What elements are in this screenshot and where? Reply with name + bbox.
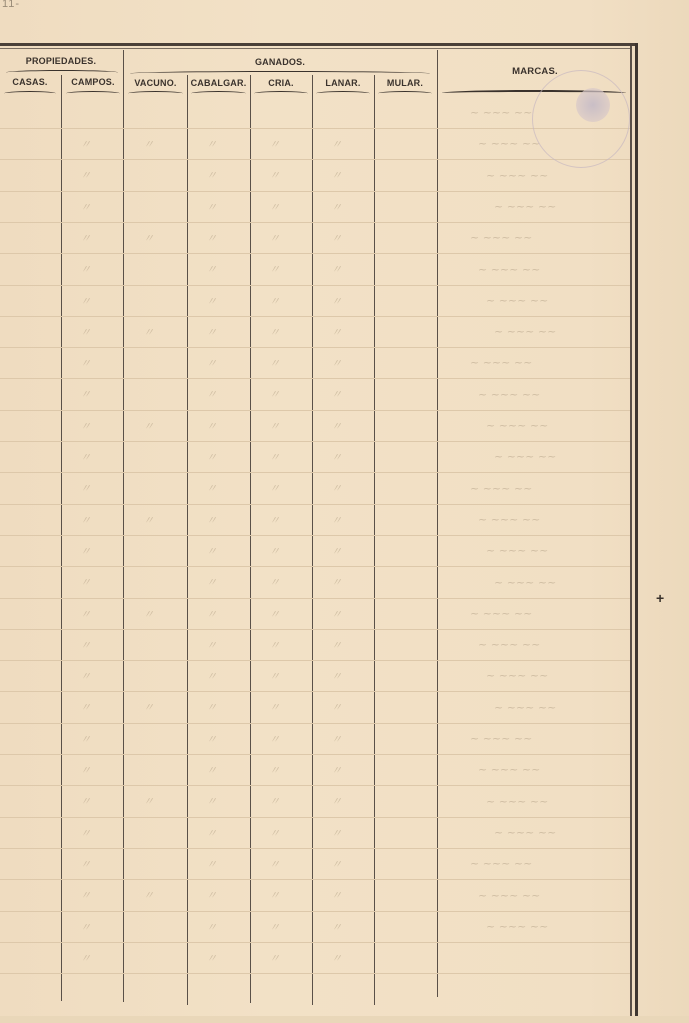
handwritten-mark: 〃 bbox=[206, 230, 217, 246]
handwritten-mark: 〃 bbox=[269, 574, 280, 590]
handwritten-mark: 〃 bbox=[331, 136, 342, 152]
handwritten-mark: ~ ~~~ ~~ bbox=[486, 169, 606, 182]
handwritten-mark: ~ ~~~ ~~ bbox=[486, 294, 606, 307]
handwritten-mark: 〃 bbox=[143, 793, 154, 809]
handwritten-mark: 〃 bbox=[143, 324, 154, 340]
row-ruling bbox=[0, 879, 630, 880]
handwritten-mark: 〃 bbox=[80, 825, 91, 841]
handwritten-mark: 〃 bbox=[331, 418, 342, 434]
ink-stamp bbox=[532, 70, 630, 168]
handwritten-mark: 〃 bbox=[80, 668, 91, 684]
corner-mark: 11- bbox=[2, 0, 20, 10]
handwritten-mark: ~ ~~~ ~~ bbox=[494, 325, 614, 338]
handwritten-mark: 〃 bbox=[331, 355, 342, 371]
row-ruling bbox=[0, 754, 630, 755]
handwritten-mark: ~ ~~~ ~~ bbox=[470, 356, 590, 369]
row-ruling bbox=[0, 378, 630, 379]
col-wave bbox=[66, 91, 120, 96]
handwritten-mark: ~ ~~~ ~~ bbox=[486, 419, 606, 432]
handwritten-mark: ~ ~~~ ~~ bbox=[470, 482, 590, 495]
row-ruling bbox=[0, 817, 630, 818]
handwritten-mark: 〃 bbox=[331, 668, 342, 684]
handwritten-mark: 〃 bbox=[206, 856, 217, 872]
handwritten-mark: 〃 bbox=[80, 261, 91, 277]
col-header-campos: CAMPOS. bbox=[62, 77, 124, 87]
handwritten-mark: 〃 bbox=[269, 199, 280, 215]
header-ganados: GANADOS. bbox=[124, 57, 436, 67]
col-wave bbox=[378, 91, 432, 96]
handwritten-mark: 〃 bbox=[331, 887, 342, 903]
handwritten-mark: 〃 bbox=[269, 887, 280, 903]
handwritten-mark: 〃 bbox=[206, 543, 217, 559]
row-ruling bbox=[0, 566, 630, 567]
handwritten-mark: ~ ~~~ ~~ bbox=[478, 763, 598, 776]
handwritten-mark: 〃 bbox=[80, 606, 91, 622]
top-border-rule bbox=[0, 43, 636, 46]
handwritten-mark: ~ ~~~ ~~ bbox=[478, 889, 598, 902]
handwritten-mark: 〃 bbox=[143, 418, 154, 434]
row-ruling bbox=[0, 848, 630, 849]
handwritten-mark: 〃 bbox=[206, 919, 217, 935]
handwritten-mark: 〃 bbox=[143, 230, 154, 246]
handwritten-mark: 〃 bbox=[206, 637, 217, 653]
column-divider bbox=[312, 75, 313, 1005]
handwritten-mark: ~ ~~~ ~~ bbox=[494, 701, 614, 714]
handwritten-mark: ~ ~~~ ~~ bbox=[494, 576, 614, 589]
handwritten-mark: 〃 bbox=[331, 606, 342, 622]
handwritten-mark: 〃 bbox=[80, 293, 91, 309]
row-ruling bbox=[0, 660, 630, 661]
handwritten-mark: 〃 bbox=[80, 167, 91, 183]
handwritten-mark: 〃 bbox=[269, 731, 280, 747]
handwritten-mark: 〃 bbox=[331, 543, 342, 559]
handwritten-mark: 〃 bbox=[206, 762, 217, 778]
stamp-emblem bbox=[576, 88, 610, 122]
col-wave bbox=[254, 91, 308, 96]
handwritten-mark: 〃 bbox=[206, 167, 217, 183]
handwritten-mark: 〃 bbox=[269, 386, 280, 402]
handwritten-mark: 〃 bbox=[80, 950, 91, 966]
handwritten-mark: 〃 bbox=[206, 512, 217, 528]
handwritten-mark: 〃 bbox=[206, 136, 217, 152]
handwritten-mark: 〃 bbox=[80, 699, 91, 715]
handwritten-mark: 〃 bbox=[80, 324, 91, 340]
handwritten-mark: 〃 bbox=[269, 606, 280, 622]
handwritten-mark: 〃 bbox=[331, 230, 342, 246]
handwritten-mark: 〃 bbox=[206, 293, 217, 309]
handwritten-mark: ~ ~~~ ~~ bbox=[470, 231, 590, 244]
handwritten-mark: 〃 bbox=[269, 355, 280, 371]
col-wave bbox=[128, 91, 183, 96]
handwritten-mark: 〃 bbox=[269, 950, 280, 966]
handwritten-mark: ~ ~~~ ~~ bbox=[486, 795, 606, 808]
handwritten-mark: 〃 bbox=[269, 543, 280, 559]
handwritten-mark: 〃 bbox=[206, 731, 217, 747]
handwritten-mark: 〃 bbox=[331, 199, 342, 215]
column-divider bbox=[374, 75, 375, 1005]
handwritten-mark: 〃 bbox=[80, 512, 91, 528]
row-ruling bbox=[0, 285, 630, 286]
col-wave bbox=[316, 91, 370, 96]
col-header-cria: CRIA. bbox=[250, 78, 312, 88]
handwritten-mark: 〃 bbox=[331, 919, 342, 935]
handwritten-mark: 〃 bbox=[331, 261, 342, 277]
handwritten-mark: 〃 bbox=[143, 699, 154, 715]
header-propiedades: PROPIEDADES. bbox=[0, 56, 122, 66]
handwritten-mark: 〃 bbox=[269, 261, 280, 277]
handwritten-mark: 〃 bbox=[80, 637, 91, 653]
handwritten-mark: 〃 bbox=[206, 261, 217, 277]
col-wave bbox=[4, 91, 56, 96]
row-ruling bbox=[0, 598, 630, 599]
handwritten-mark: 〃 bbox=[331, 449, 342, 465]
handwritten-mark: 〃 bbox=[206, 606, 217, 622]
margin-plus-mark: + bbox=[656, 590, 664, 606]
row-ruling bbox=[0, 472, 630, 473]
row-ruling bbox=[0, 629, 630, 630]
row-ruling bbox=[0, 441, 630, 442]
header-divider-wave bbox=[6, 70, 118, 75]
row-ruling bbox=[0, 942, 630, 943]
handwritten-mark: 〃 bbox=[269, 637, 280, 653]
handwritten-mark: ~ ~~~ ~~ bbox=[478, 388, 598, 401]
handwritten-mark: 〃 bbox=[80, 230, 91, 246]
handwritten-mark: 〃 bbox=[269, 825, 280, 841]
handwritten-mark: 〃 bbox=[80, 199, 91, 215]
handwritten-mark: 〃 bbox=[80, 136, 91, 152]
row-ruling bbox=[0, 159, 630, 160]
handwritten-mark: 〃 bbox=[206, 324, 217, 340]
handwritten-mark: 〃 bbox=[269, 324, 280, 340]
handwritten-mark: 〃 bbox=[269, 919, 280, 935]
col-header-mular: MULAR. bbox=[374, 78, 436, 88]
row-ruling bbox=[0, 973, 630, 974]
handwritten-mark: 〃 bbox=[206, 668, 217, 684]
handwritten-mark: 〃 bbox=[331, 637, 342, 653]
row-ruling bbox=[0, 504, 630, 505]
handwritten-mark: 〃 bbox=[206, 699, 217, 715]
handwritten-mark: ~ ~~~ ~~ bbox=[494, 200, 614, 213]
column-divider bbox=[187, 75, 188, 1005]
handwritten-mark: ~ ~~~ ~~ bbox=[494, 826, 614, 839]
handwritten-mark: 〃 bbox=[331, 731, 342, 747]
handwritten-mark: 〃 bbox=[143, 887, 154, 903]
handwritten-mark: 〃 bbox=[269, 136, 280, 152]
handwritten-mark: 〃 bbox=[269, 793, 280, 809]
handwritten-mark: 〃 bbox=[269, 418, 280, 434]
handwritten-mark: 〃 bbox=[80, 919, 91, 935]
handwritten-mark: 〃 bbox=[331, 699, 342, 715]
row-ruling bbox=[0, 723, 630, 724]
handwritten-mark: 〃 bbox=[269, 293, 280, 309]
handwritten-mark: 〃 bbox=[331, 293, 342, 309]
row-ruling bbox=[0, 410, 630, 411]
handwritten-mark: 〃 bbox=[80, 856, 91, 872]
handwritten-mark: 〃 bbox=[80, 731, 91, 747]
handwritten-mark: ~ ~~~ ~~ bbox=[494, 450, 614, 463]
column-divider bbox=[437, 50, 438, 997]
handwritten-mark: 〃 bbox=[206, 199, 217, 215]
row-ruling bbox=[0, 785, 630, 786]
handwritten-mark: ~ ~~~ ~~ bbox=[470, 607, 590, 620]
row-ruling bbox=[0, 535, 630, 536]
handwritten-mark: 〃 bbox=[331, 480, 342, 496]
handwritten-mark: 〃 bbox=[331, 167, 342, 183]
handwritten-mark: 〃 bbox=[269, 856, 280, 872]
handwritten-mark: 〃 bbox=[269, 512, 280, 528]
handwritten-mark: 〃 bbox=[80, 355, 91, 371]
handwritten-mark: 〃 bbox=[80, 887, 91, 903]
ledger-page: 11- PROPIEDADES. GANADOS. MARCAS. CASAS.… bbox=[0, 0, 689, 1023]
handwritten-mark: ~ ~~~ ~~ bbox=[486, 920, 606, 933]
row-ruling bbox=[0, 191, 630, 192]
handwritten-mark: 〃 bbox=[331, 324, 342, 340]
handwritten-mark: ~ ~~~ ~~ bbox=[478, 263, 598, 276]
handwritten-mark: 〃 bbox=[331, 950, 342, 966]
right-border-rule bbox=[635, 43, 638, 1023]
handwritten-mark: ~ ~~~ ~~ bbox=[486, 544, 606, 557]
col-header-vacuno: VACUNO. bbox=[124, 78, 187, 88]
col-wave bbox=[191, 91, 246, 96]
handwritten-mark: 〃 bbox=[80, 762, 91, 778]
handwritten-mark: 〃 bbox=[269, 762, 280, 778]
handwritten-mark: 〃 bbox=[269, 230, 280, 246]
handwritten-mark: 〃 bbox=[80, 386, 91, 402]
handwritten-mark: 〃 bbox=[143, 606, 154, 622]
row-ruling bbox=[0, 253, 630, 254]
row-ruling bbox=[0, 911, 630, 912]
handwritten-mark: 〃 bbox=[206, 825, 217, 841]
column-divider bbox=[61, 75, 62, 1001]
handwritten-mark: 〃 bbox=[331, 856, 342, 872]
handwritten-mark: ~ ~~~ ~~ bbox=[478, 513, 598, 526]
handwritten-mark: 〃 bbox=[331, 574, 342, 590]
handwritten-mark: 〃 bbox=[143, 136, 154, 152]
handwritten-mark: 〃 bbox=[143, 512, 154, 528]
handwritten-mark: 〃 bbox=[80, 418, 91, 434]
handwritten-mark: ~ ~~~ ~~ bbox=[486, 669, 606, 682]
handwritten-mark: 〃 bbox=[269, 480, 280, 496]
handwritten-mark: 〃 bbox=[331, 762, 342, 778]
handwritten-mark: 〃 bbox=[331, 793, 342, 809]
handwritten-mark: 〃 bbox=[80, 793, 91, 809]
handwritten-mark: ~ ~~~ ~~ bbox=[470, 732, 590, 745]
handwritten-mark: 〃 bbox=[331, 512, 342, 528]
handwritten-mark: 〃 bbox=[269, 449, 280, 465]
handwritten-mark: ~ ~~~ ~~ bbox=[470, 857, 590, 870]
handwritten-mark: 〃 bbox=[269, 699, 280, 715]
col-header-casas: CASAS. bbox=[0, 77, 60, 87]
handwritten-mark: 〃 bbox=[269, 668, 280, 684]
handwritten-mark: 〃 bbox=[206, 418, 217, 434]
row-ruling bbox=[0, 222, 630, 223]
handwritten-mark: 〃 bbox=[206, 480, 217, 496]
col-header-lanar: LANAR. bbox=[312, 78, 374, 88]
handwritten-mark: 〃 bbox=[80, 543, 91, 559]
row-ruling bbox=[0, 347, 630, 348]
header-divider-wave bbox=[130, 71, 430, 76]
top-border-rule-thin bbox=[0, 48, 632, 49]
handwritten-mark: 〃 bbox=[206, 950, 217, 966]
col-header-cabalgar: CABALGAR. bbox=[187, 78, 250, 88]
column-divider bbox=[123, 50, 124, 1002]
handwritten-mark: 〃 bbox=[206, 449, 217, 465]
row-ruling bbox=[0, 691, 630, 692]
right-border-rule-thin bbox=[630, 46, 632, 1023]
handwritten-mark: 〃 bbox=[331, 386, 342, 402]
column-divider bbox=[250, 75, 251, 1003]
handwritten-mark: 〃 bbox=[80, 574, 91, 590]
handwritten-mark: 〃 bbox=[269, 167, 280, 183]
handwritten-mark: 〃 bbox=[80, 449, 91, 465]
handwritten-mark: 〃 bbox=[206, 793, 217, 809]
handwritten-mark: 〃 bbox=[206, 386, 217, 402]
row-ruling bbox=[0, 316, 630, 317]
handwritten-mark: ~ ~~~ ~~ bbox=[478, 638, 598, 651]
handwritten-mark: 〃 bbox=[80, 480, 91, 496]
handwritten-mark: 〃 bbox=[206, 887, 217, 903]
handwritten-mark: 〃 bbox=[331, 825, 342, 841]
handwritten-mark: 〃 bbox=[206, 574, 217, 590]
handwritten-mark: 〃 bbox=[206, 355, 217, 371]
page-bottom-edge bbox=[0, 1016, 689, 1023]
